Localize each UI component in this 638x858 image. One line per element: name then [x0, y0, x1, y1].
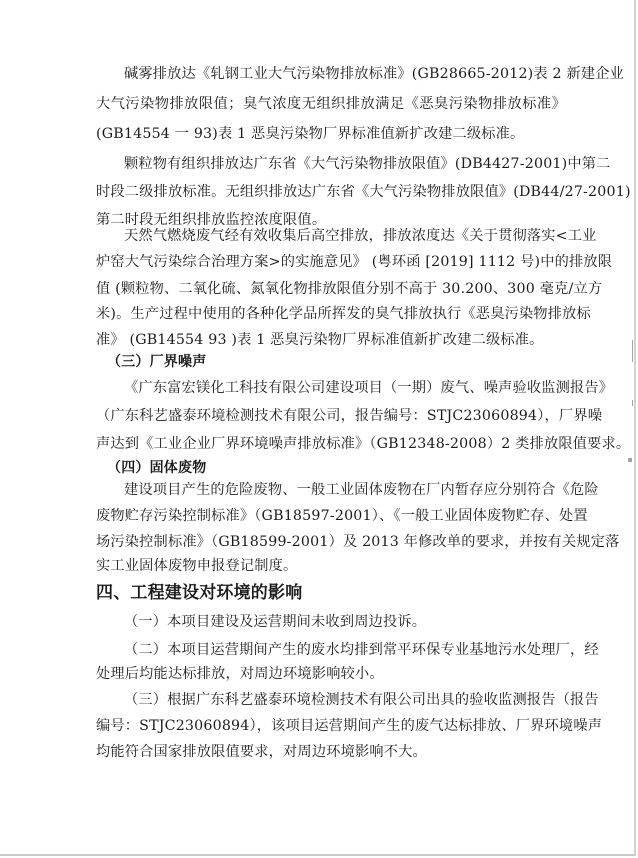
section-solid-waste-line-2: 废物贮存污染控制标准》（GB18597-2001）、《一般工业固体废物贮存、处置	[96, 506, 566, 526]
section-noise-line-2: （广东科艺盛泰环境检测技术有限公司，报告编号：STJC23060894），厂界噪	[96, 406, 566, 426]
impact-item-3-line-2: 编号：STJC23060894），该项目运营期间产生的废气达标排放、厂界环境噪声	[96, 716, 566, 736]
paragraph-natural-gas-line-3: 值 (颗粒物、二氧化硫、氮氧化物排放限值分别不高于 30.200、300 毫克/…	[96, 279, 566, 299]
paragraph-alkali-mist-line-1: 碱雾排放达《轧钢工业大气污染物排放标准》(GB28665-2012)表 2 新建…	[124, 64, 566, 84]
paragraph-natural-gas-line-1: 天然气燃烧废气经有效收集后高空排放，排放浓度达《关于贯彻落实<工业	[124, 226, 566, 246]
impact-item-3-line-1: （三）根据广东科艺盛泰环境检测技术有限公司出具的验收监测报告（报告	[124, 690, 566, 710]
paragraph-natural-gas-line-5: 准》 (GB14554 93 )表 1 恶臭污染物厂界标准值新扩改建二级标准。	[96, 330, 566, 350]
paragraph-natural-gas-line-4: 米)。生产过程中使用的各种化学品所挥发的臭气排放执行《恶臭污染物排放标	[96, 304, 566, 324]
document-page: 碱雾排放达《轧钢工业大气污染物排放标准》(GB28665-2012)表 2 新建…	[0, 0, 636, 856]
paragraph-alkali-mist-line-2: 大气污染物排放限值；臭气浓度无组织排放满足《恶臭污染物排放标准》	[96, 94, 566, 114]
section-solid-waste-line-4: 实工业固体废物申报登记制度。	[96, 556, 566, 576]
scan-edge-mark	[628, 458, 632, 462]
section-noise-line-3: 声达到《工业企业厂界环境噪声排放标准》（GB12348-2008）2 类排放限值…	[96, 434, 566, 454]
paragraph-natural-gas-line-2: 炉窑大气污染综合治理方案>的实施意见》 (粤环函 [2019] 1112 号)中…	[96, 252, 566, 272]
section-solid-waste-line-3: 场污染控制标准》（GB18599-2001）及 2013 年修改单的要求，并按有…	[96, 532, 566, 552]
impact-item-2-line-2: 处理后均能达标排放，对周边环境影响较小。	[96, 664, 566, 684]
paragraph-alkali-mist-line-3: (GB14554 一 93)表 1 恶臭污染物厂界标准值新扩改建二级标准。	[96, 124, 566, 144]
scan-edge-mark	[632, 400, 633, 406]
impact-item-2-line-1: （二）本项目运营期间产生的废水均排到常平环保专业基地污水处理厂，经	[124, 640, 566, 660]
impact-item-3-line-3: 均能符合国家排放限值要求，对周边环境影响不大。	[96, 742, 566, 762]
section-noise-line-1: 《广东富宏镁化工科技有限公司建设项目（一期）废气、噪声验收监测报告》	[124, 378, 566, 398]
section-noise-heading: （三）厂界噪声	[107, 352, 577, 372]
scan-edge-mark	[632, 340, 633, 362]
paragraph-particulate-line-1: 颗粒物有组织排放达广东省《大气污染物排放限值》(DB4427-2001)中第二	[124, 154, 566, 174]
section-solid-waste-line-1: 建设项目产生的危险废物、一般工业固体废物在厂内暂存应分别符合《危险	[124, 480, 566, 500]
impact-item-1: （一）本项目建设及运营期间未收到周边投诉。	[124, 612, 566, 632]
paragraph-particulate-line-2: 时段二级排放标准。无组织排放达广东省《大气污染物排放限值》(DB44/27-20…	[96, 182, 566, 202]
chapter-environmental-impact-heading: 四、工程建设对环境的影响	[96, 582, 566, 604]
section-solid-waste-heading: （四）固体废物	[107, 458, 577, 478]
